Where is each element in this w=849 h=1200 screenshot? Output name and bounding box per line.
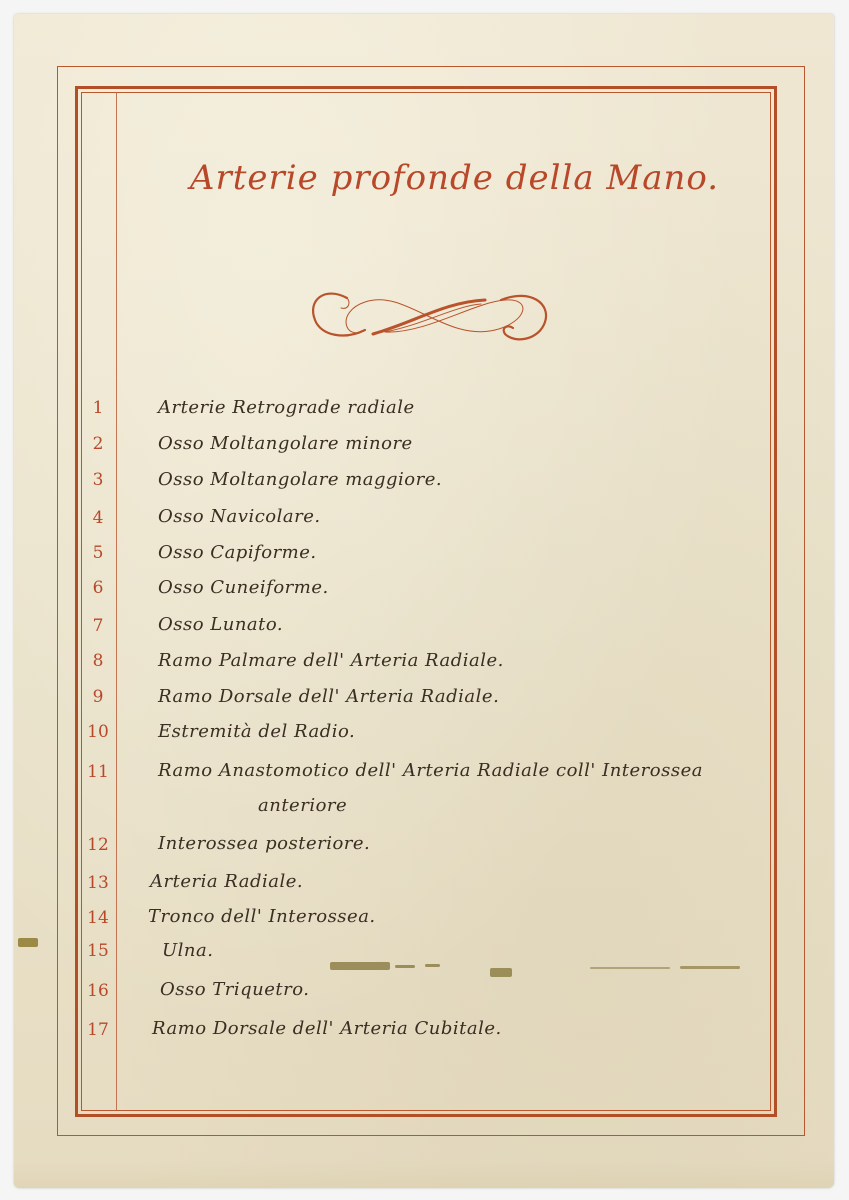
entry-label: Tronco dell' Interossea. <box>148 906 376 927</box>
entry-label: Estremità del Radio. <box>158 721 355 742</box>
entry-number: 2 <box>82 434 114 454</box>
ink-stain <box>395 965 415 968</box>
entry-label: Ramo Dorsale dell' Arteria Radiale. <box>158 686 499 707</box>
entry-number: 11 <box>82 762 114 782</box>
entry-label: Ramo Dorsale dell' Arteria Cubitale. <box>152 1018 502 1039</box>
entry-label: Osso Lunato. <box>158 614 283 635</box>
entry-number: 17 <box>82 1020 114 1040</box>
ink-stain <box>330 962 390 970</box>
entry-number: 6 <box>82 578 114 598</box>
entry-number: 13 <box>82 873 114 893</box>
entry-label: Ramo Palmare dell' Arteria Radiale. <box>158 650 504 671</box>
entry-number: 4 <box>82 508 114 528</box>
ink-stain <box>425 964 440 967</box>
entry-label: Osso Moltangolare maggiore. <box>158 469 442 490</box>
entry-number: 12 <box>82 835 114 855</box>
ink-stain <box>490 968 512 977</box>
entry-number: 1 <box>82 398 114 418</box>
entry-label: Osso Triquetro. <box>160 979 310 1000</box>
ink-stain <box>590 967 670 969</box>
entry-number: 9 <box>82 687 114 707</box>
legend-list: 1 Arterie Retrograde radiale 2 Osso Molt… <box>0 0 849 1200</box>
entry-label: Ulna. <box>162 940 213 961</box>
entry-label: Arterie Retrograde radiale <box>158 397 415 418</box>
entry-number: 7 <box>82 616 114 636</box>
entry-label: Osso Capiforme. <box>158 542 317 563</box>
entry-number: 8 <box>82 651 114 671</box>
entry-label-continuation: anteriore <box>258 795 347 816</box>
entry-number: 16 <box>82 981 114 1001</box>
entry-number: 10 <box>82 722 114 742</box>
ink-stain <box>680 966 740 969</box>
entry-number: 5 <box>82 543 114 563</box>
entry-number: 3 <box>82 470 114 490</box>
entry-label: Osso Moltangolare minore <box>158 433 413 454</box>
entry-number: 14 <box>82 908 114 928</box>
entry-label: Arteria Radiale. <box>150 871 303 892</box>
entry-label: Osso Cuneiforme. <box>158 577 329 598</box>
entry-label: Interossea posteriore. <box>158 833 370 854</box>
entry-label: Ramo Anastomotico dell' Arteria Radiale … <box>158 760 703 781</box>
entry-number: 15 <box>82 941 114 961</box>
entry-label: Osso Navicolare. <box>158 506 321 527</box>
